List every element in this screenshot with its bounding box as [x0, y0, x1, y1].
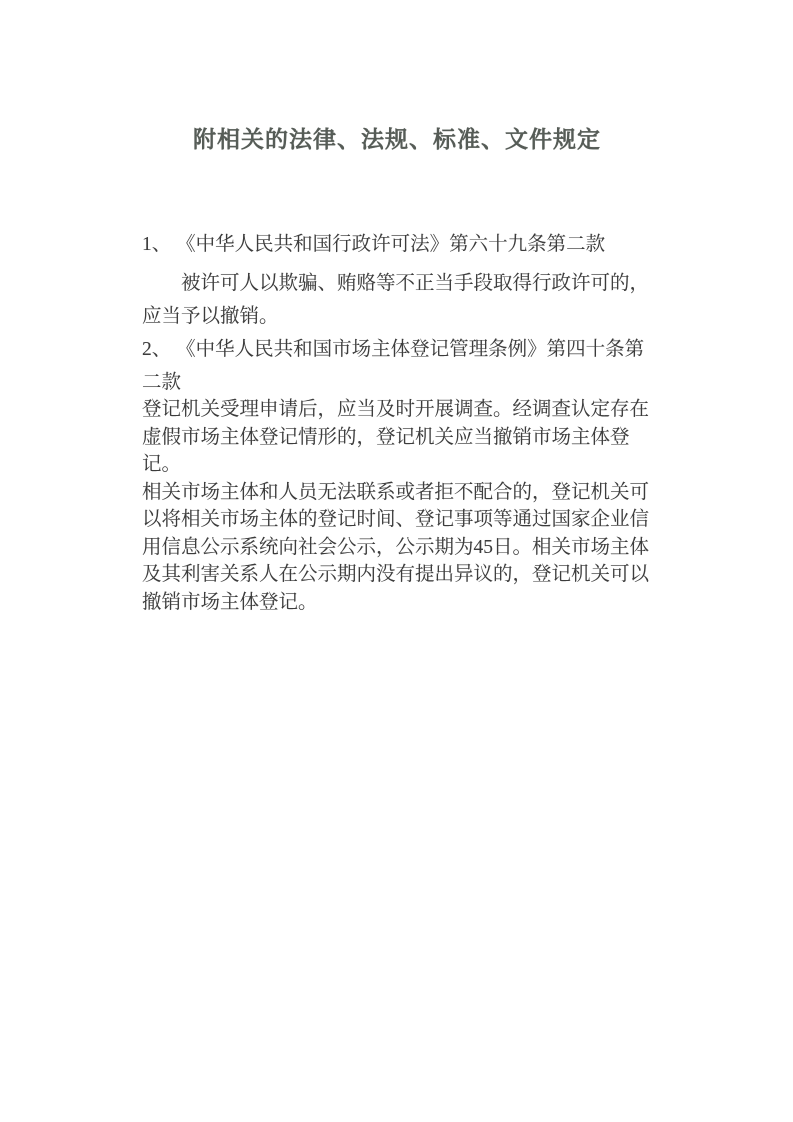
document-page: 附相关的法律、法规、标准、文件规定 1、 《中华人民共和国行政许可法》第六十九条… [0, 0, 793, 1122]
document-body: 1、 《中华人民共和国行政许可法》第六十九条第二款 被许可人以欺骗、贿赂等不正当… [142, 228, 660, 616]
section-1-body: 被许可人以欺骗、贿赂等不正当手段取得行政许可的， 应当予以撤销。 [142, 267, 660, 333]
section-2-heading: 2、 《中华人民共和国市场主体登记管理条例》第四十条第 二款 [142, 333, 660, 399]
document-title: 附相关的法律、法规、标准、文件规定 [140, 121, 654, 154]
section-2-body: 登记机关受理申请后，应当及时开展调查。经调查认定存在 虚假市场主体登记情形的，登… [142, 396, 660, 616]
section-1-heading: 1、 《中华人民共和国行政许可法》第六十九条第二款 [142, 228, 660, 261]
